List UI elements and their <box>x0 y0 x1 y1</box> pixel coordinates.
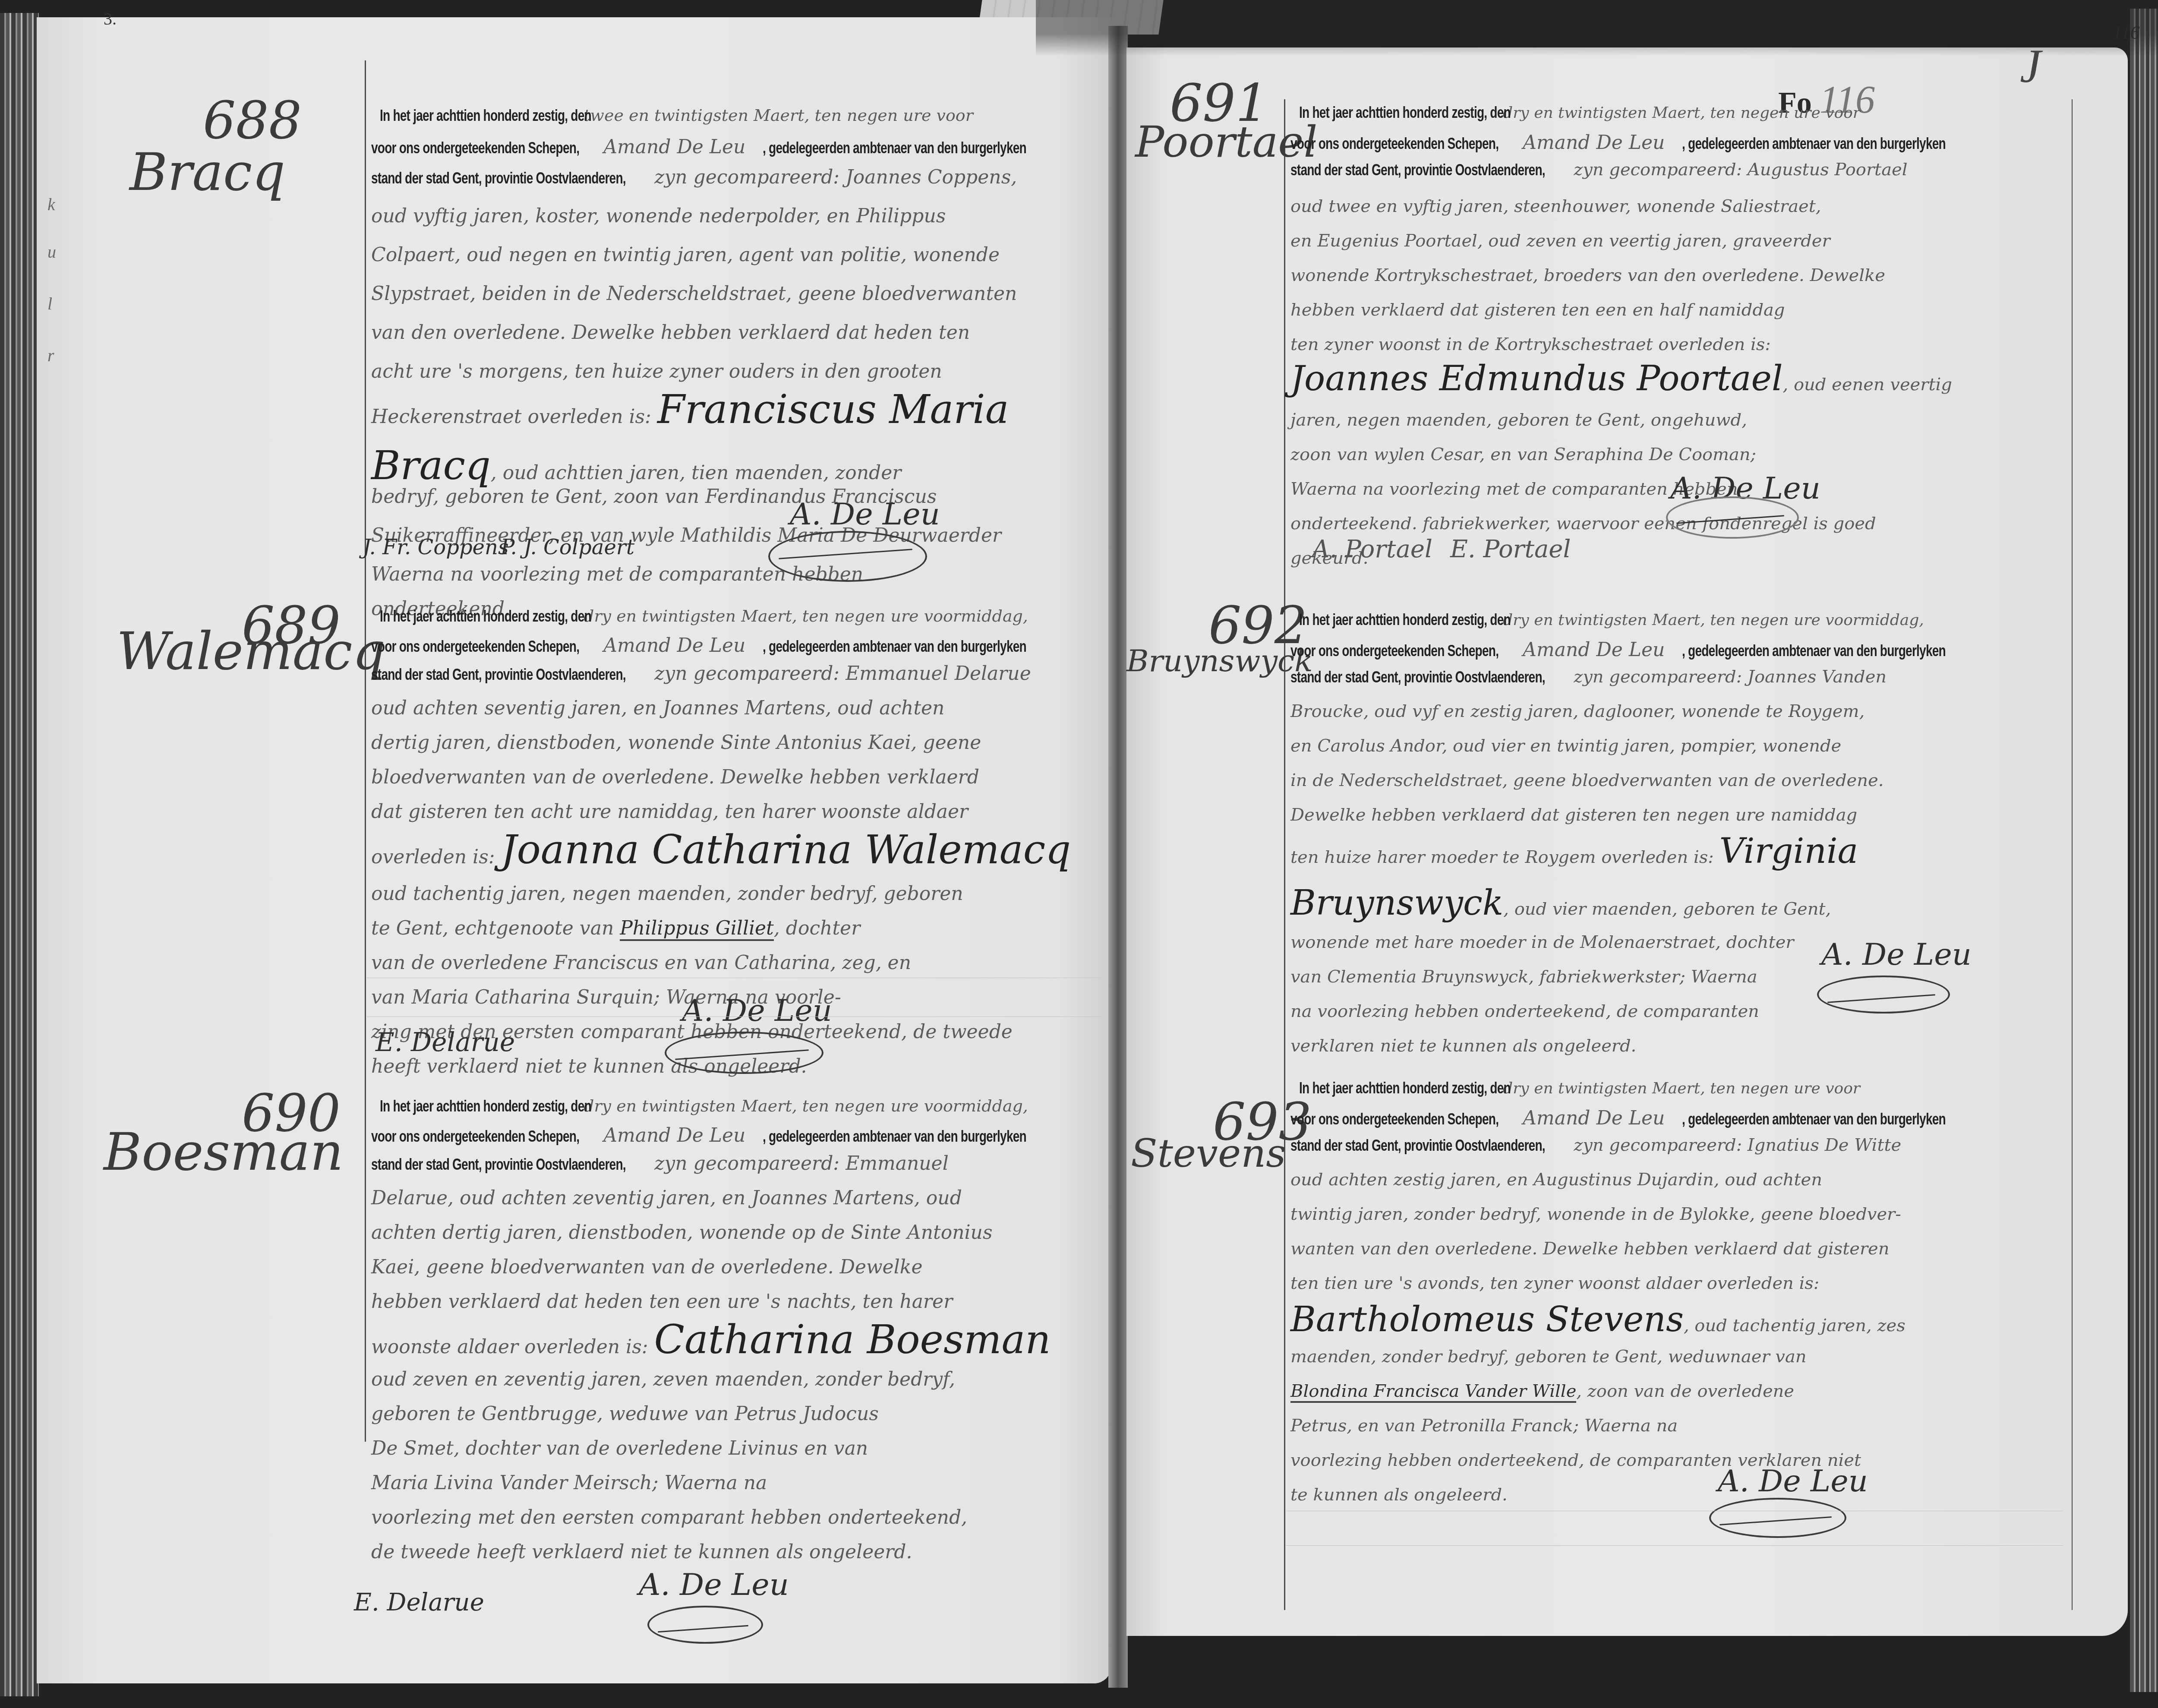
handwritten-line: oud twee en vyftig jaren, steenhouwer, w… <box>1290 196 1821 216</box>
ruling-line <box>367 978 1101 978</box>
handwritten-text: zyn gecompareerd: Emmanuel Delarue <box>654 663 1031 685</box>
handwritten-text: , zoon van de overledene <box>1576 1381 1794 1401</box>
left-corner-mark: 3. <box>104 9 117 29</box>
handwritten-line: Delarue, oud achten zeventig jaren, en J… <box>371 1187 962 1209</box>
handwritten-text: , oud eenen veertig <box>1783 375 1952 395</box>
handwritten-line: De Smet, dochter van de overledene Livin… <box>371 1437 868 1459</box>
printed-text: , gedelegeerden ambtenaer van den burger… <box>763 638 1026 656</box>
top-shadow <box>1036 0 2158 56</box>
handwritten-text: te Gent, echtgenoote van <box>371 917 620 939</box>
deceased-name: Joanna Catharina Walemacq <box>501 827 1071 873</box>
schepen-name: Amand De Leu <box>603 136 745 158</box>
folio-mark: J <box>2020 39 2041 94</box>
right-margin-rule-left <box>1284 99 1285 1610</box>
deceased-name: Bartholomeus Stevens <box>1290 1299 1684 1339</box>
handwritten-line: in de Nederscheldstraet, geene bloedverw… <box>1290 770 1884 790</box>
printed-text: voor ons ondergeteekenden Schepen, <box>1290 1110 1499 1128</box>
deceased-name: Virginia <box>1719 831 1858 871</box>
printed-text: , gedelegeerden ambtenaer van den burger… <box>1682 642 1946 660</box>
handwritten-date: dry en twintigsten Maert, ten negen ure … <box>584 606 1028 625</box>
record-surname: Bruynswyck <box>1126 643 1313 679</box>
printed-text: In het jaer achttien honderd zestig, den <box>1299 1079 1511 1097</box>
handwritten-date: dry en twintigsten Maert, ten negen ure … <box>1503 611 1924 629</box>
handwritten-line: oud zeven en zeventig jaren, zeven maend… <box>371 1368 955 1390</box>
signature: J. Fr. Coppens <box>363 535 509 559</box>
signature: A. De Leu <box>682 993 832 1028</box>
schepen-name: Amand De Leu <box>603 1124 745 1146</box>
printed-text: voor ons ondergeteekenden Schepen, <box>371 638 579 656</box>
handwritten-line: achten dertig jaren, dienstboden, wonend… <box>371 1222 992 1244</box>
signature-paraph <box>1817 976 1950 1013</box>
signature: A. De Leu <box>1718 1463 1868 1499</box>
handwritten-line: ten tien ure 's avonds, ten zyner woonst… <box>1290 1273 1819 1293</box>
handwritten-line: wonende Kortrykschestraet, broeders van … <box>1290 265 1885 285</box>
handwritten-date: dry en twintigsten Maert, ten negen ure … <box>1503 1080 1860 1097</box>
handwritten-text: zyn gecompareerd: Joannes Coppens, <box>654 166 1017 188</box>
right-margin-rule-right <box>2072 99 2073 1610</box>
handwritten-line: Dewelke hebben verklaerd dat gisteren te… <box>1290 805 1857 825</box>
schepen-name: Amand De Leu <box>1523 132 1665 154</box>
record-surname: Walemacq <box>117 622 385 682</box>
handwritten-text: zyn gecompareerd: Ignatius De Witte <box>1574 1135 1901 1155</box>
handwritten-line: wonende met hare moeder in de Molenaerst… <box>1290 932 1794 952</box>
deceased-name: Catharina Boesman <box>654 1317 1051 1363</box>
signature: A. De Leu <box>639 1567 789 1602</box>
printed-text: stand der stad Gent, provintie Oostvlaen… <box>1290 1137 1545 1155</box>
book-gutter <box>1108 26 1128 1688</box>
ruling-line <box>1286 1545 2063 1546</box>
handwritten-line: Colpaert, oud negen en twintig jaren, ag… <box>371 244 1000 266</box>
signature: E. Portael <box>1450 535 1571 563</box>
handwritten-line: maenden, zonder bedryf, geboren te Gent,… <box>1290 1347 1807 1367</box>
handwritten-text: , oud tachentig jaren, zes <box>1684 1316 1906 1335</box>
printed-text: voor ons ondergeteekenden Schepen, <box>371 139 579 157</box>
handwritten-line: voorlezing met den eersten comparant heb… <box>371 1506 967 1528</box>
schepen-name: Amand De Leu <box>1523 639 1665 661</box>
signature: A. Portael <box>1312 535 1432 563</box>
handwritten-date: dry en twintigsten Maert, ten negen ure … <box>584 1096 1028 1115</box>
printed-text: , gedelegeerden ambtenaer van den burger… <box>1682 1110 1946 1128</box>
spouse-name: Philippus Gilliet <box>620 917 774 941</box>
handwritten-line: verklaren niet te kunnen als ongeleerd. <box>1290 1036 1636 1056</box>
margin-note: k <box>47 194 55 215</box>
printed-text: stand der stad Gent, provintie Oostvlaen… <box>1290 668 1545 686</box>
right-page-edges <box>2130 9 2158 1692</box>
handwritten-line: Kaei, geene bloedverwanten van de overle… <box>371 1256 922 1278</box>
signature-paraph <box>647 1606 763 1644</box>
margin-note: r <box>47 345 54 366</box>
printed-text: In het jaer achttien honderd zestig, den <box>380 607 591 625</box>
record-surname: Bracq <box>129 142 285 202</box>
printed-text: , gedelegeerden ambtenaer van den burger… <box>763 139 1026 157</box>
printed-text: , gedelegeerden ambtenaer van den burger… <box>1682 135 1946 153</box>
printed-text: In het jaer achttien honderd zestig, den <box>380 107 591 125</box>
handwritten-line: van den overledene. Dewelke hebben verkl… <box>371 322 970 344</box>
handwritten-line: oud tachentig jaren, negen maenden, zond… <box>371 883 963 905</box>
handwritten-text: , dochter <box>774 917 860 939</box>
printed-text: In het jaer achttien honderd zestig, den <box>380 1097 591 1115</box>
handwritten-text: , oud vier maenden, geboren te Gent, <box>1503 899 1831 919</box>
left-margin-rule <box>365 60 366 1442</box>
handwritten-line: Maria Livina Vander Meirsch; Waerna na <box>371 1472 767 1494</box>
schepen-name: Amand De Leu <box>1523 1107 1665 1129</box>
signature-paraph <box>1666 496 1799 539</box>
handwritten-date: dry en twintigsten Maert, ten negen ure … <box>1503 104 1860 122</box>
handwritten-line: de tweede heeft verklaerd niet te kunnen… <box>371 1541 912 1563</box>
handwritten-text: overleden is: <box>371 846 501 868</box>
deceased-name: Joannes Edmundus Poortael <box>1290 358 1783 398</box>
handwritten-line: na voorlezing hebben onderteekend, de co… <box>1290 1001 1759 1021</box>
handwritten-line: Slypstraet, beiden in de Nederscheldstra… <box>371 283 1017 305</box>
handwritten-text: zyn gecompareerd: Emmanuel <box>654 1152 949 1174</box>
handwritten-line: bloedverwanten van de overledene. Dewelk… <box>371 766 979 788</box>
handwritten-line: dat gisteren ten acht ure namiddag, ten … <box>371 801 968 823</box>
handwritten-line: ten zyner woonst in de Kortrykschestraet… <box>1290 335 1771 354</box>
handwritten-line: acht ure 's morgens, ten huize zyner oud… <box>371 360 942 382</box>
deceased-name: Bracq <box>371 442 491 489</box>
handwritten-text: woonste aldaer overleden is: <box>371 1336 654 1358</box>
handwritten-text: zyn gecompareerd: Augustus Poortael <box>1574 160 1907 180</box>
printed-text: voor ons ondergeteekenden Schepen, <box>1290 642 1499 660</box>
printed-text: stand der stad Gent, provintie Oostvlaen… <box>371 169 626 187</box>
ruling-line <box>1286 1511 2063 1511</box>
ruling-line <box>367 1017 1101 1017</box>
page-number: 116 <box>2113 22 2140 44</box>
record-surname: Boesman <box>104 1122 344 1182</box>
handwritten-line: jaren, negen maenden, geboren te Gent, o… <box>1290 410 1747 430</box>
left-page-edges <box>0 13 39 1696</box>
spouse-name: Blondina Francisca Vander Wille <box>1290 1381 1576 1403</box>
signature-paraph <box>768 531 927 582</box>
handwritten-line: Petrus, en van Petronilla Franck; Waerna… <box>1290 1416 1678 1436</box>
handwritten-line: oud achten zestig jaren, en Augustinus D… <box>1290 1170 1822 1190</box>
printed-text: In het jaer achttien honderd zestig, den <box>1299 611 1511 629</box>
handwritten-line: Broucke, oud vyf en zestig jaren, dagloo… <box>1290 701 1865 721</box>
printed-text: stand der stad Gent, provintie Oostvlaen… <box>1290 161 1545 179</box>
printed-text: voor ons ondergeteekenden Schepen, <box>1290 135 1499 153</box>
handwritten-text: ten huize harer moeder te Roygem overled… <box>1290 847 1719 867</box>
printed-text: , gedelegeerden ambtenaer van den burger… <box>763 1127 1026 1146</box>
handwritten-text: Heckerenstraet overleden is: <box>371 406 657 428</box>
record-surname: Stevens <box>1131 1131 1286 1176</box>
handwritten-line: wanten van den overledene. Dewelke hebbe… <box>1290 1239 1890 1259</box>
handwritten-text: , oud achttien jaren, tien maenden, zond… <box>491 462 901 484</box>
signature: E. Delarue <box>354 1588 484 1616</box>
signature-paraph <box>1709 1498 1846 1538</box>
signature: A. De Leu <box>790 496 940 532</box>
printed-text: In het jaer achttien honderd zestig, den <box>1299 104 1511 122</box>
handwritten-line: dertig jaren, dienstboden, wonende Sinte… <box>371 732 981 754</box>
signature: A. De Leu <box>1821 937 1972 972</box>
deceased-name: Franciscus Maria <box>657 386 1009 433</box>
handwritten-line: van Clementia Bruynswyck, fabriekwerkste… <box>1290 967 1757 987</box>
handwritten-line: oud vyftig jaren, koster, wonende nederp… <box>371 205 946 227</box>
signature: E. Delarue <box>375 1027 515 1058</box>
signature-paraph <box>665 1032 823 1074</box>
signature: P. J. Colpaert <box>501 535 634 559</box>
handwritten-line: hebben verklaerd dat gisteren ten een en… <box>1290 300 1785 320</box>
handwritten-line: oud achten seventig jaren, en Joannes Ma… <box>371 697 944 719</box>
margin-note: u <box>47 242 56 262</box>
handwritten-line: en Carolus Andor, oud vier en twintig ja… <box>1290 736 1841 756</box>
schepen-name: Amand De Leu <box>603 635 745 657</box>
record-number: 688 <box>203 91 302 151</box>
handwritten-line: twintig jaren, zonder bedryf, wonende in… <box>1290 1204 1901 1224</box>
margin-note: l <box>47 294 52 314</box>
handwritten-line: van de overledene Franciscus en van Cath… <box>371 952 911 974</box>
printed-text: stand der stad Gent, provintie Oostvlaen… <box>371 1156 626 1174</box>
printed-text: stand der stad Gent, provintie Oostvlaen… <box>371 666 626 684</box>
handwritten-text: zyn gecompareerd: Joannes Vanden <box>1574 667 1887 687</box>
handwritten-line: en Eugenius Poortael, oud zeven en veert… <box>1290 231 1830 251</box>
printed-text: voor ons ondergeteekenden Schepen, <box>371 1127 579 1146</box>
handwritten-date: twee en twintigsten Maert, ten negen ure… <box>584 106 973 125</box>
handwritten-line: te kunnen als ongeleerd. <box>1290 1485 1508 1505</box>
handwritten-line: zoon van wylen Cesar, en van Seraphina D… <box>1290 445 1756 464</box>
handwritten-line: geboren te Gentbrugge, weduwe van Petrus… <box>371 1403 879 1425</box>
handwritten-line: hebben verklaerd dat heden ten een ure '… <box>371 1291 953 1313</box>
deceased-name: Bruynswyck <box>1290 883 1503 923</box>
